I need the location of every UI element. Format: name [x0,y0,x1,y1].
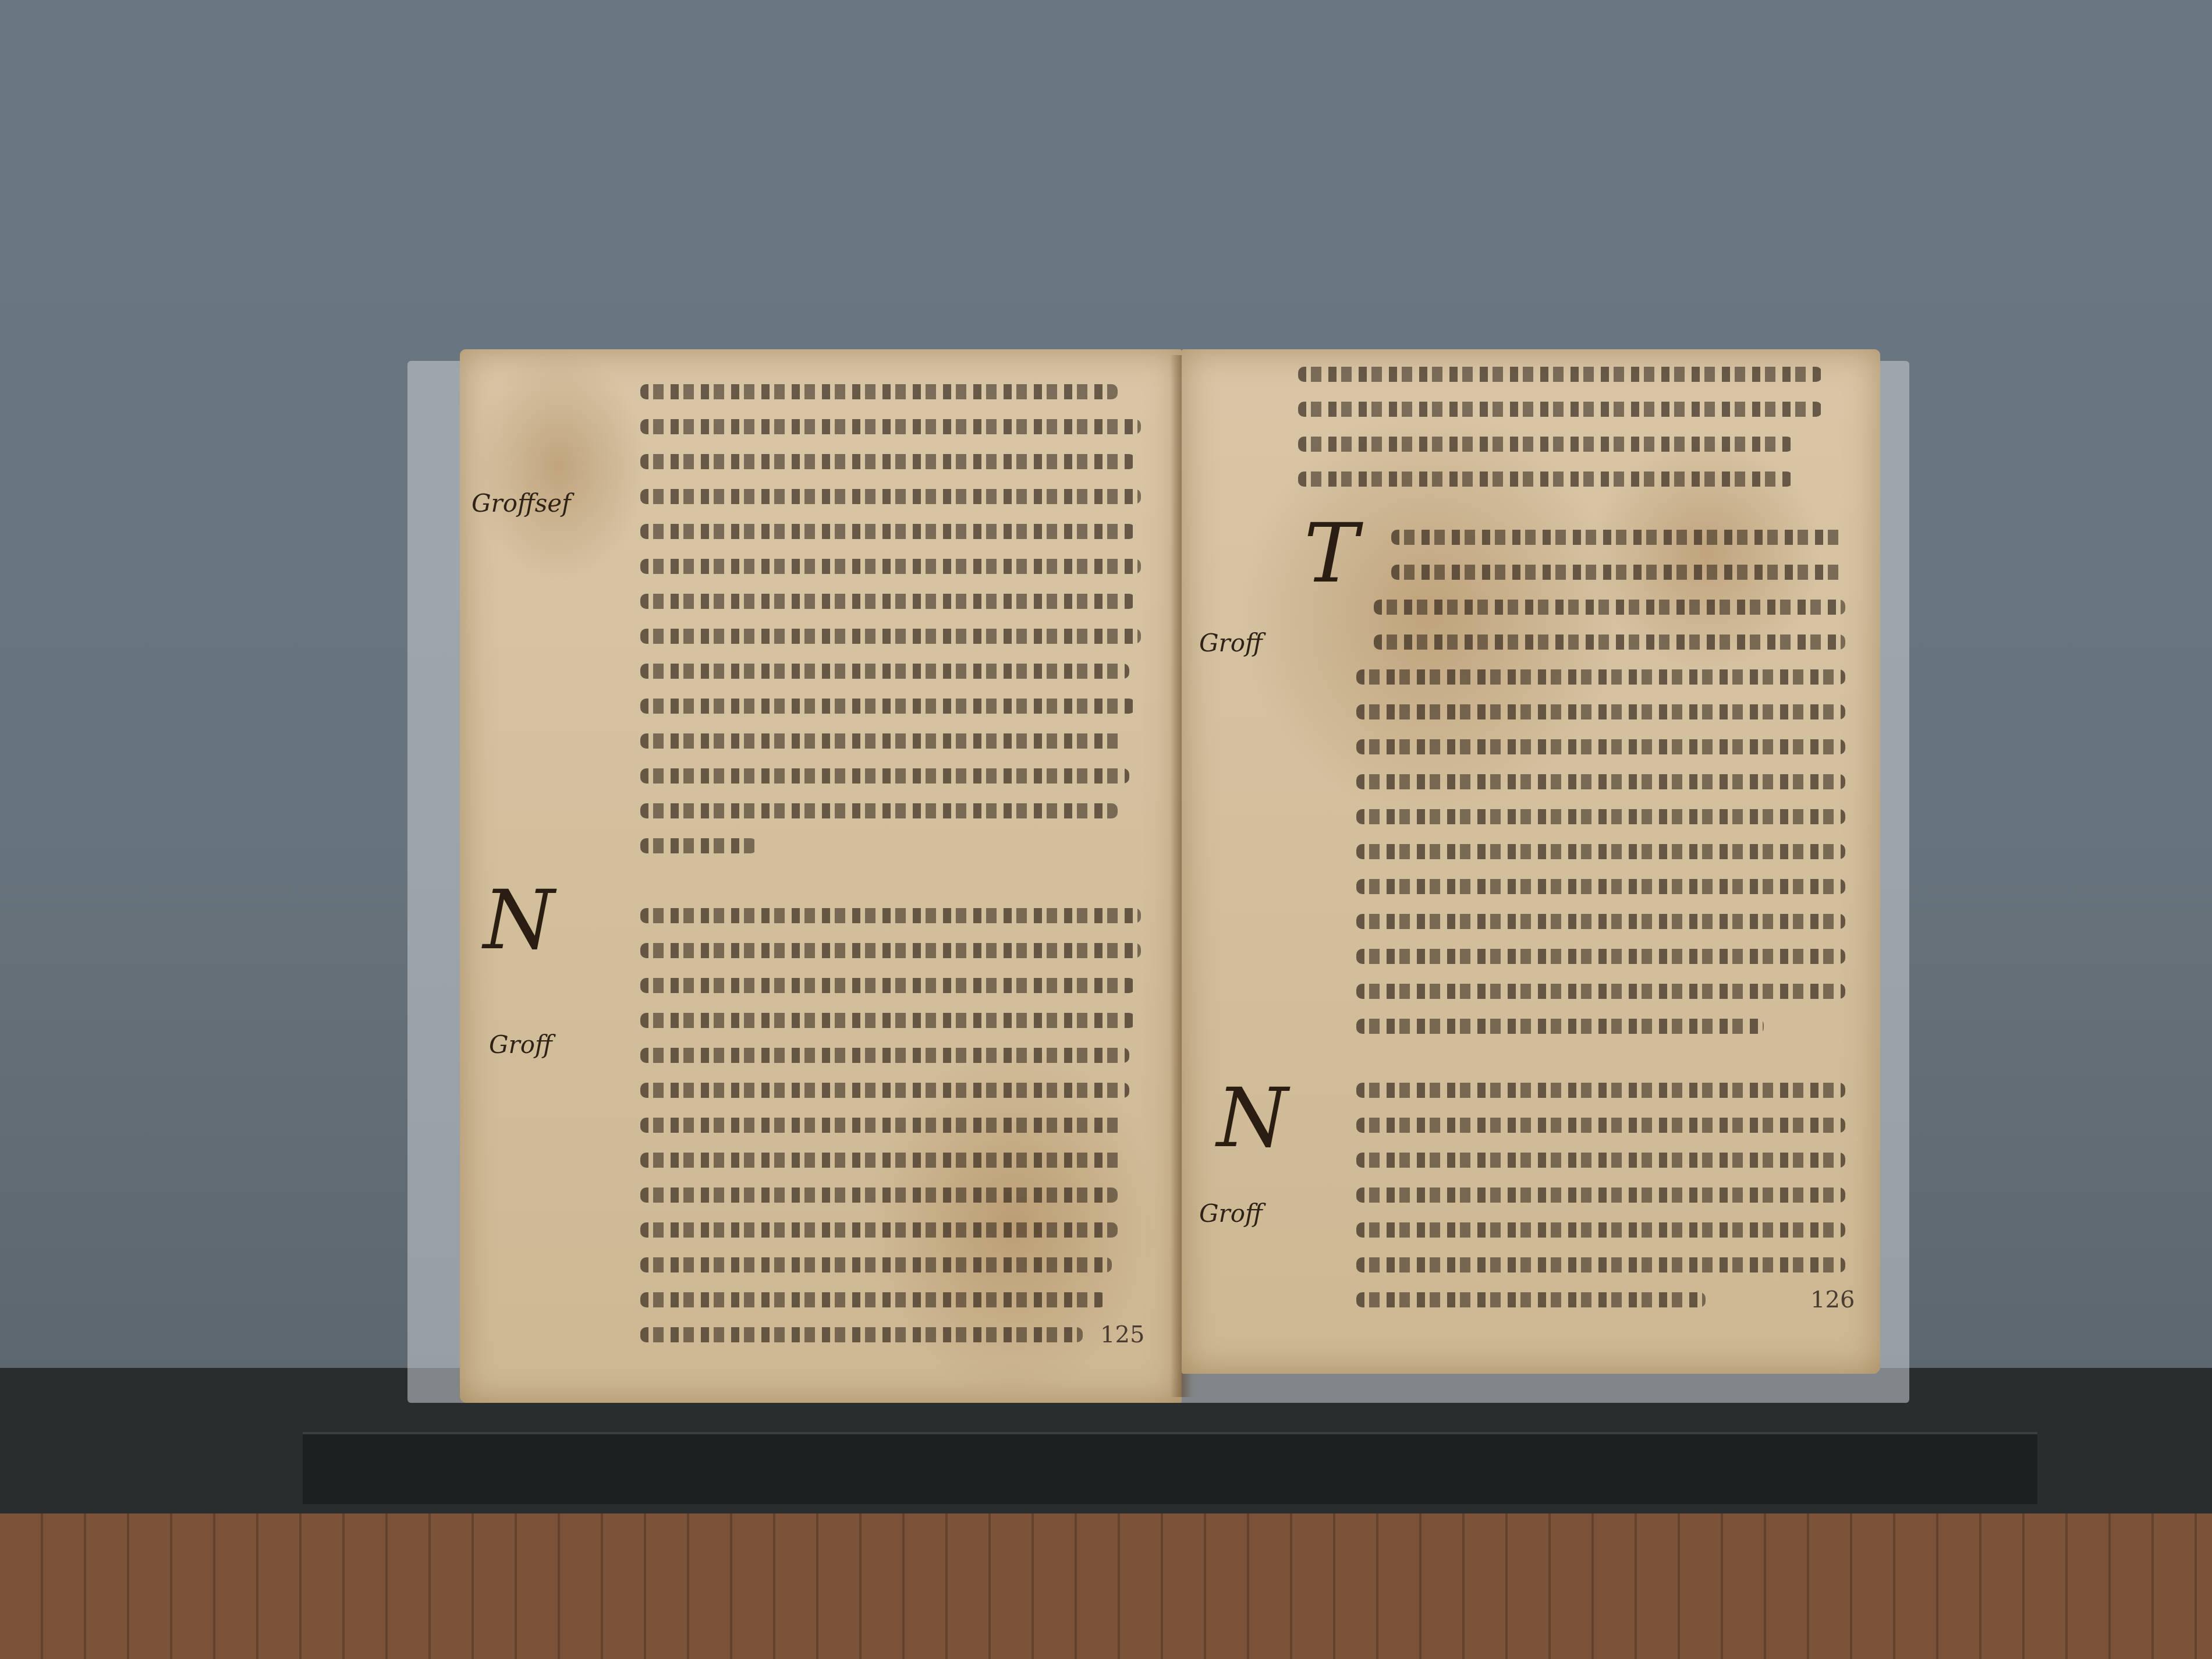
handwritten-line [1356,704,1845,719]
handwritten-line [1356,1292,1706,1307]
handwritten-line [640,978,1135,993]
handwritten-line [1298,402,1822,417]
margin-note: Groff [1199,629,1263,657]
handwritten-line [640,1013,1135,1028]
handwritten-line [1356,1153,1845,1168]
handwritten-line [1356,1118,1845,1133]
handwritten-line [640,1187,1118,1203]
handwritten-line [640,943,1141,958]
handwritten-line [640,1083,1129,1098]
handwritten-line [640,1048,1129,1063]
handwritten-line [640,559,1141,574]
handwritten-line [640,454,1135,469]
handwritten-line [640,768,1129,784]
handwritten-line [640,489,1141,504]
handwritten-line [1356,1083,1845,1098]
handwritten-line [1356,669,1845,685]
handwritten-line [640,629,1141,644]
handwritten-line [1356,774,1845,789]
margin-note: Groff [1199,1199,1263,1228]
handwritten-line [1356,1257,1845,1272]
handwritten-line [640,1153,1123,1168]
handwritten-line [1374,600,1845,615]
handwritten-line [640,664,1129,679]
handwritten-line [640,733,1123,749]
folio-number: 126 [1810,1286,1855,1313]
handwritten-line [640,524,1135,539]
handwritten-line [1356,984,1845,999]
handwritten-line [640,699,1135,714]
handwritten-line [1391,530,1845,545]
handwritten-line [1356,809,1845,824]
handwritten-line [1391,565,1845,580]
book-support [303,1432,2037,1504]
handwritten-line [640,838,757,853]
handwritten-line [640,1118,1123,1133]
handwritten-line [1356,914,1845,929]
handwritten-line [1356,1222,1845,1238]
handwritten-line [640,1257,1112,1272]
handwritten-line [640,594,1135,609]
floor [0,1513,2212,1659]
handwritten-line [1356,844,1845,859]
folio-number: 125 [1100,1321,1144,1348]
handwritten-line [1298,367,1822,382]
right-page: T Groff N Groff 126 [1182,349,1880,1374]
handwritten-line [1356,1187,1845,1203]
left-page: Groffsef N Groff 125 [460,349,1182,1403]
decorated-initial: T [1304,506,1358,601]
open-manuscript: Groffsef N Groff 125 [407,343,1909,1409]
stain [472,349,646,582]
handwritten-line [1374,634,1845,650]
decorated-initial: N [1217,1071,1288,1166]
margin-note: Groffsef [472,489,571,517]
margin-note: Groff [489,1030,552,1059]
handwritten-line [640,1292,1106,1307]
handwritten-line [1356,739,1845,754]
handwritten-line [1356,949,1845,964]
handwritten-line [1356,879,1845,894]
handwritten-line [1298,472,1793,487]
handwritten-line [640,384,1118,399]
handwritten-line [1356,1019,1764,1034]
handwritten-line [640,908,1141,923]
handwritten-line [640,1327,1083,1342]
decorated-initial: N [483,873,555,968]
handwritten-line [1298,437,1793,452]
handwritten-line [640,1222,1118,1238]
handwritten-line [640,419,1141,434]
handwritten-line [640,803,1118,818]
